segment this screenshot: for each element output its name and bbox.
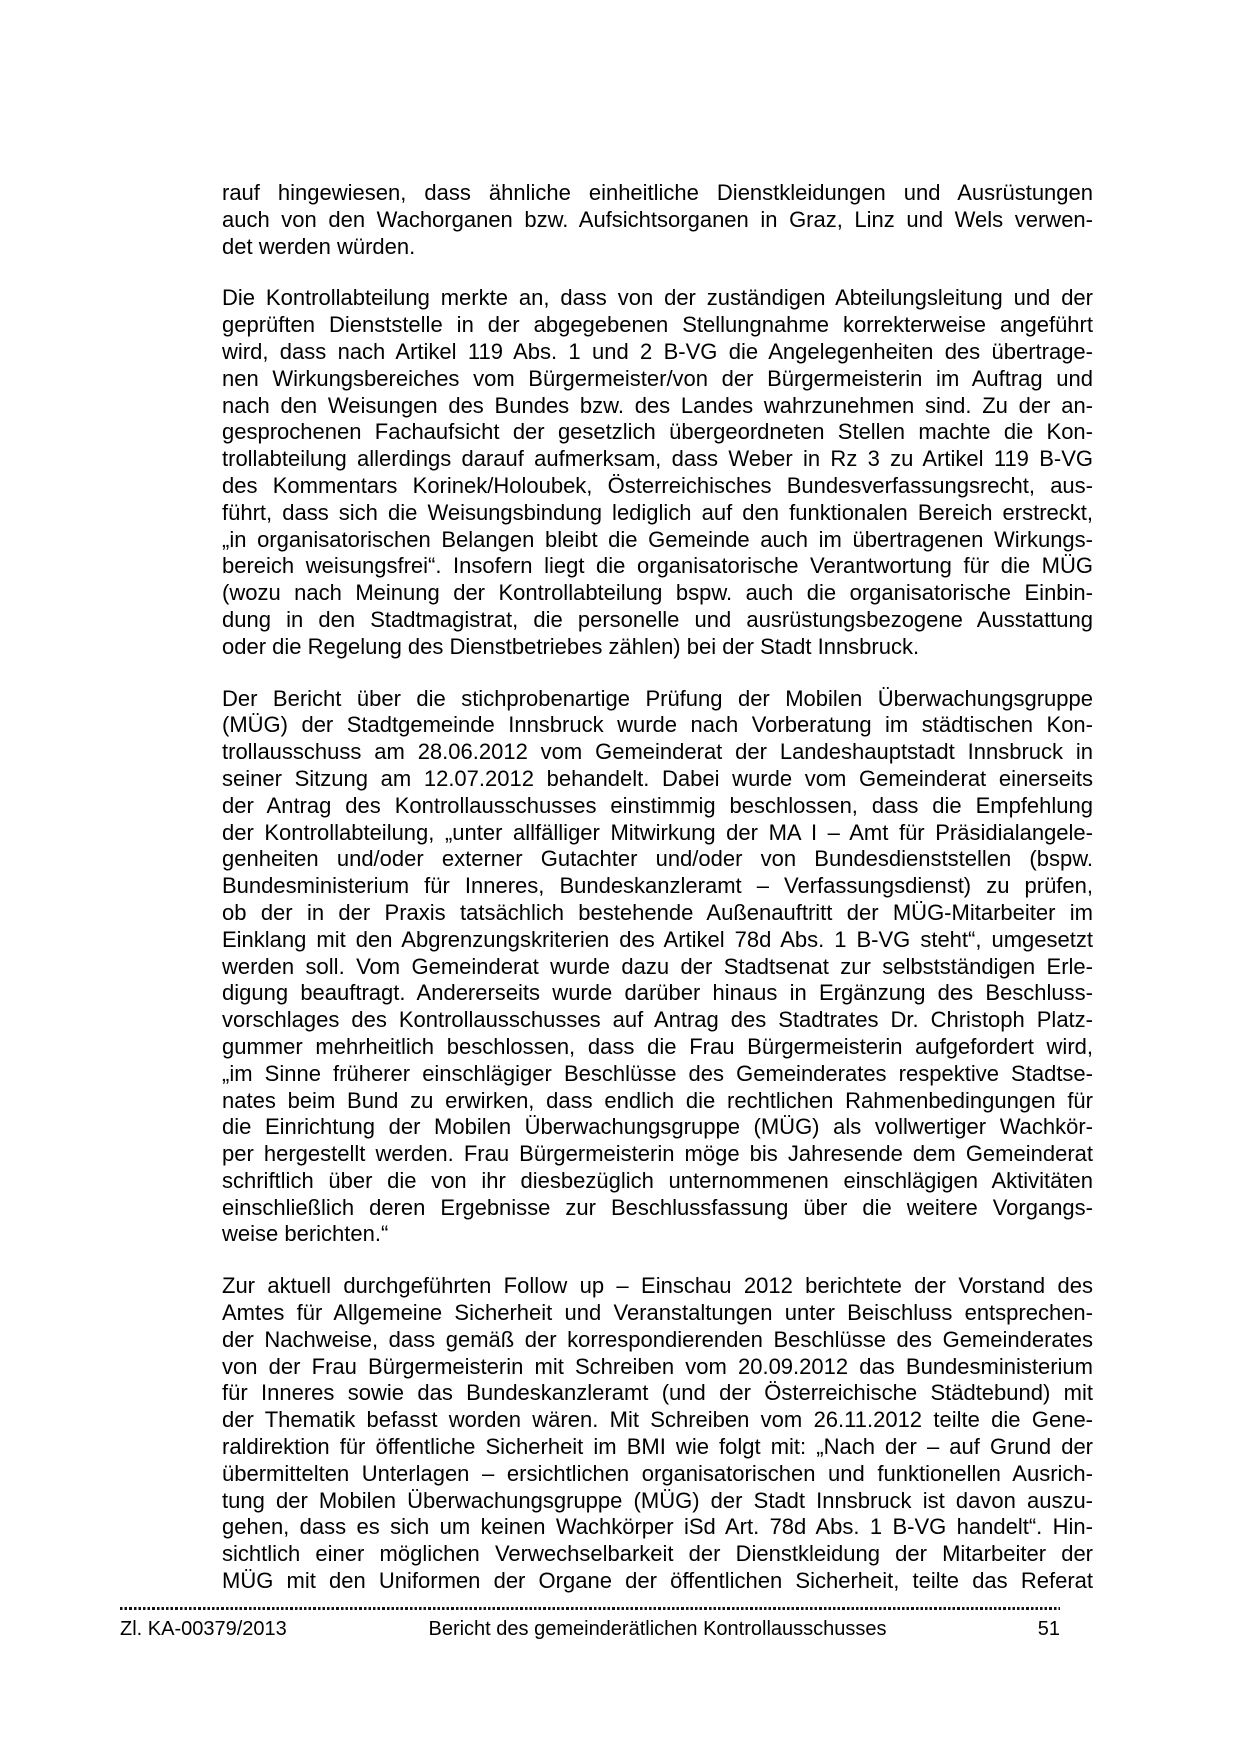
text-line: ob der in der Praxis tatsächlich bestehe… bbox=[222, 900, 1093, 927]
text-line: per hergestellt werden. Frau Bürgermeist… bbox=[222, 1141, 1093, 1168]
text-line: oder die Regelung des Dienstbetriebes zä… bbox=[222, 634, 1093, 661]
text-line: der Thematik befasst worden wären. Mit S… bbox=[222, 1407, 1093, 1434]
page-footer: Zl. KA-00379/2013 Bericht des gemeinderä… bbox=[120, 1618, 1060, 1642]
text-line: Amtes für Allgemeine Sicherheit und Vera… bbox=[222, 1300, 1093, 1327]
text-line: von der Frau Bürgermeisterin mit Schreib… bbox=[222, 1354, 1093, 1381]
text-line: rauf hingewiesen, dass ähnliche einheitl… bbox=[222, 180, 1093, 207]
text-line: „in organisatorischen Belangen bleibt di… bbox=[222, 527, 1093, 554]
text-line: seiner Sitzung am 12.07.2012 behandelt. … bbox=[222, 766, 1093, 793]
text-line: des Kommentars Korinek/Holoubek, Österre… bbox=[222, 473, 1093, 500]
text-line: Der Bericht über die stichprobenartige P… bbox=[222, 686, 1093, 713]
text-line: „im Sinne früherer einschlägiger Beschlü… bbox=[222, 1061, 1093, 1088]
text-line: werden soll. Vom Gemeinderat wurde dazu … bbox=[222, 954, 1093, 981]
paragraph: Zur aktuell durchgeführten Follow up – E… bbox=[222, 1273, 1093, 1595]
text-line: bereich weisungsfrei“. Insofern liegt di… bbox=[222, 553, 1093, 580]
text-line: digung beauftragt. Andererseits wurde da… bbox=[222, 980, 1093, 1007]
text-line: MÜG mit den Uniformen der Organe der öff… bbox=[222, 1568, 1093, 1595]
text-line: trollabteilung allerdings darauf aufmerk… bbox=[222, 446, 1093, 473]
text-line: nach den Weisungen des Bundes bzw. des L… bbox=[222, 393, 1093, 420]
paragraph: Der Bericht über die stichprobenartige P… bbox=[222, 686, 1093, 1249]
text-line: der Kontrollabteilung, „unter allfällige… bbox=[222, 820, 1093, 847]
text-line: für Inneres sowie das Bundeskanzleramt (… bbox=[222, 1380, 1093, 1407]
document-page: rauf hingewiesen, dass ähnliche einheitl… bbox=[0, 0, 1240, 1755]
text-line: übermittelten Unterlagen – ersichtlichen… bbox=[222, 1461, 1093, 1488]
text-line: der Antrag des Kontrollausschusses einst… bbox=[222, 793, 1093, 820]
text-line: tung der Mobilen Überwachungsgruppe (MÜG… bbox=[222, 1488, 1093, 1515]
text-line: wird, dass nach Artikel 119 Abs. 1 und 2… bbox=[222, 339, 1093, 366]
footer-dotted-rule bbox=[120, 1607, 1060, 1610]
text-line: Einklang mit den Abgrenzungskriterien de… bbox=[222, 927, 1093, 954]
text-line: vorschlages des Kontrollausschusses auf … bbox=[222, 1007, 1093, 1034]
text-line: einschließlich deren Ergebnisse zur Besc… bbox=[222, 1195, 1093, 1222]
text-line: (wozu nach Meinung der Kontrollabteilung… bbox=[222, 580, 1093, 607]
text-line: gummer mehrheitlich beschlossen, dass di… bbox=[222, 1034, 1093, 1061]
paragraph: Die Kontrollabteilung merkte an, dass vo… bbox=[222, 285, 1093, 660]
text-line: Bundesministerium für Inneres, Bundeskan… bbox=[222, 873, 1093, 900]
text-line: schriftlich über die von ihr diesbezügli… bbox=[222, 1168, 1093, 1195]
paragraph: rauf hingewiesen, dass ähnliche einheitl… bbox=[222, 180, 1093, 260]
text-line: Die Kontrollabteilung merkte an, dass vo… bbox=[222, 285, 1093, 312]
text-line: nates beim Bund zu erwirken, dass endlic… bbox=[222, 1088, 1093, 1115]
text-line: die Einrichtung der Mobilen Überwachungs… bbox=[222, 1114, 1093, 1141]
footer-report-title: Bericht des gemeinderätlichen Kontrollau… bbox=[222, 1618, 1093, 1641]
text-line: führt, dass sich die Weisungsbindung led… bbox=[222, 500, 1093, 527]
text-line: (MÜG) der Stadtgemeinde Innsbruck wurde … bbox=[222, 712, 1093, 739]
text-line: det werden würden. bbox=[222, 234, 1093, 261]
text-line: gesprochenen Fachaufsicht der gesetzlich… bbox=[222, 419, 1093, 446]
text-line: gehen, dass es sich um keinen Wachkörper… bbox=[222, 1514, 1093, 1541]
text-line: der Nachweise, dass gemäß der korrespond… bbox=[222, 1327, 1093, 1354]
footer-page-number: 51 bbox=[1038, 1618, 1060, 1641]
text-line: Zur aktuell durchgeführten Follow up – E… bbox=[222, 1273, 1093, 1300]
text-line: geprüften Dienststelle in der abgegebene… bbox=[222, 312, 1093, 339]
text-line: weise berichten.“ bbox=[222, 1221, 1093, 1248]
text-line: nen Wirkungsbereiches vom Bürgermeister/… bbox=[222, 366, 1093, 393]
text-line: dung in den Stadtmagistrat, die personel… bbox=[222, 607, 1093, 634]
text-line: sichtlich einer möglichen Verwechselbark… bbox=[222, 1541, 1093, 1568]
report-body-text: rauf hingewiesen, dass ähnliche einheitl… bbox=[222, 180, 1093, 1620]
text-line: raldirektion für öffentliche Sicherheit … bbox=[222, 1434, 1093, 1461]
text-line: genheiten und/oder externer Gutachter un… bbox=[222, 846, 1093, 873]
text-line: auch von den Wachorganen bzw. Aufsichtso… bbox=[222, 207, 1093, 234]
text-line: trollausschuss am 28.06.2012 vom Gemeind… bbox=[222, 739, 1093, 766]
